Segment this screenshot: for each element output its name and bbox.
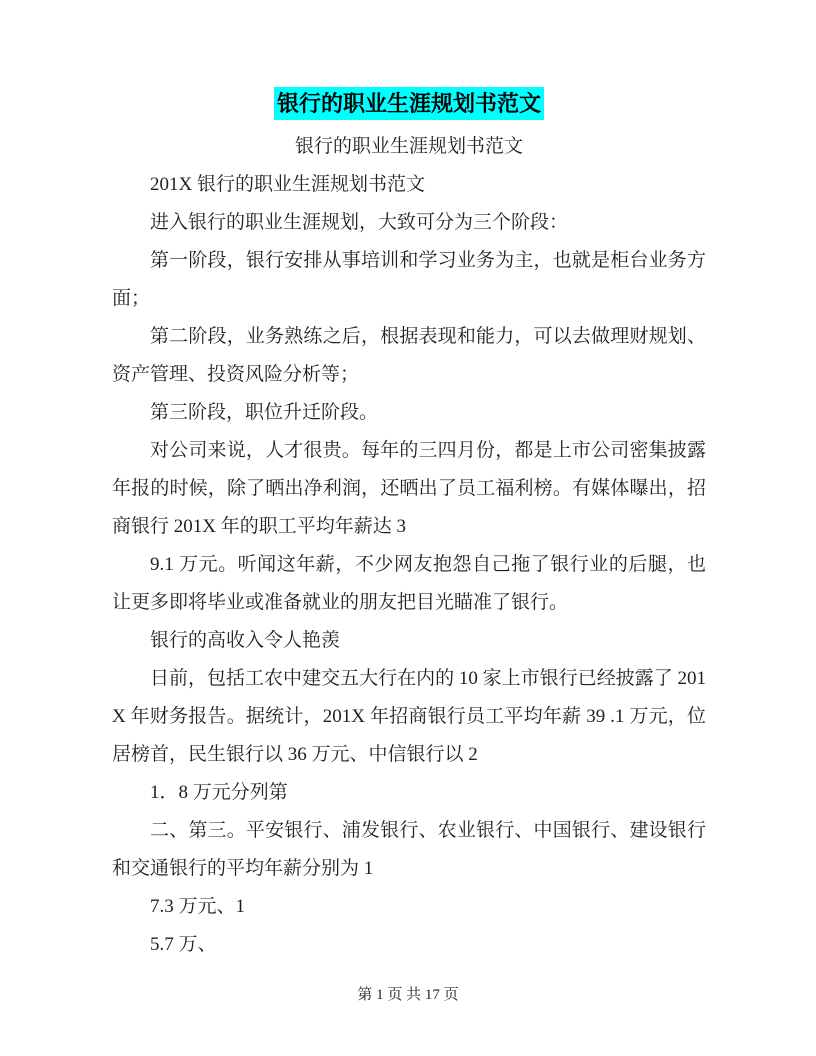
paragraph-11: 二、第三。平安银行、浦发银行、农业银行、中国银行、建设银行和交通银行的平均年薪分… (112, 812, 706, 888)
document-page: 银行的职业生涯规划书范文 银行的职业生涯规划书范文 201X 银行的职业生涯规划… (0, 0, 816, 1056)
document-content: 银行的职业生涯规划书范文 银行的职业生涯规划书范文 201X 银行的职业生涯规划… (112, 84, 706, 964)
document-subtitle: 银行的职业生涯规划书范文 (112, 128, 706, 166)
paragraph-7: 9.1 万元。听闻这年薪，不少网友抱怨自己拖了银行业的后腿，也让更多即将毕业或准… (112, 546, 706, 622)
paragraph-13: 5.7 万、 (112, 926, 706, 964)
paragraph-2: 进入银行的职业生涯规划，大致可分为三个阶段： (112, 204, 706, 242)
paragraph-6: 对公司来说，人才很贵。每年的三四月份，都是上市公司密集披露年报的时候，除了晒出净… (112, 432, 706, 546)
page-footer: 第 1 页 共 17 页 (0, 984, 816, 1006)
paragraph-12: 7.3 万元、1 (112, 888, 706, 926)
page-number-label: 第 1 页 共 17 页 (357, 987, 458, 1003)
paragraph-8-section-heading: 银行的高收入令人艳羡 (112, 622, 706, 660)
paragraph-5: 第三阶段，职位升迁阶段。 (112, 394, 706, 432)
paragraph-10: 1．8 万元分列第 (112, 774, 706, 812)
paragraph-4: 第二阶段，业务熟练之后，根据表现和能力，可以去做理财规划、资产管理、投资风险分析… (112, 318, 706, 394)
paragraph-3: 第一阶段，银行安排从事培训和学习业务为主，也就是柜台业务方面； (112, 242, 706, 318)
document-title: 银行的职业生涯规划书范文 (112, 84, 706, 124)
paragraph-9: 日前，包括工农中建交五大行在内的 10 家上市银行已经披露了 201X 年财务报… (112, 660, 706, 774)
title-highlight: 银行的职业生涯规划书范文 (274, 87, 544, 120)
paragraph-1: 201X 银行的职业生涯规划书范文 (112, 166, 706, 204)
